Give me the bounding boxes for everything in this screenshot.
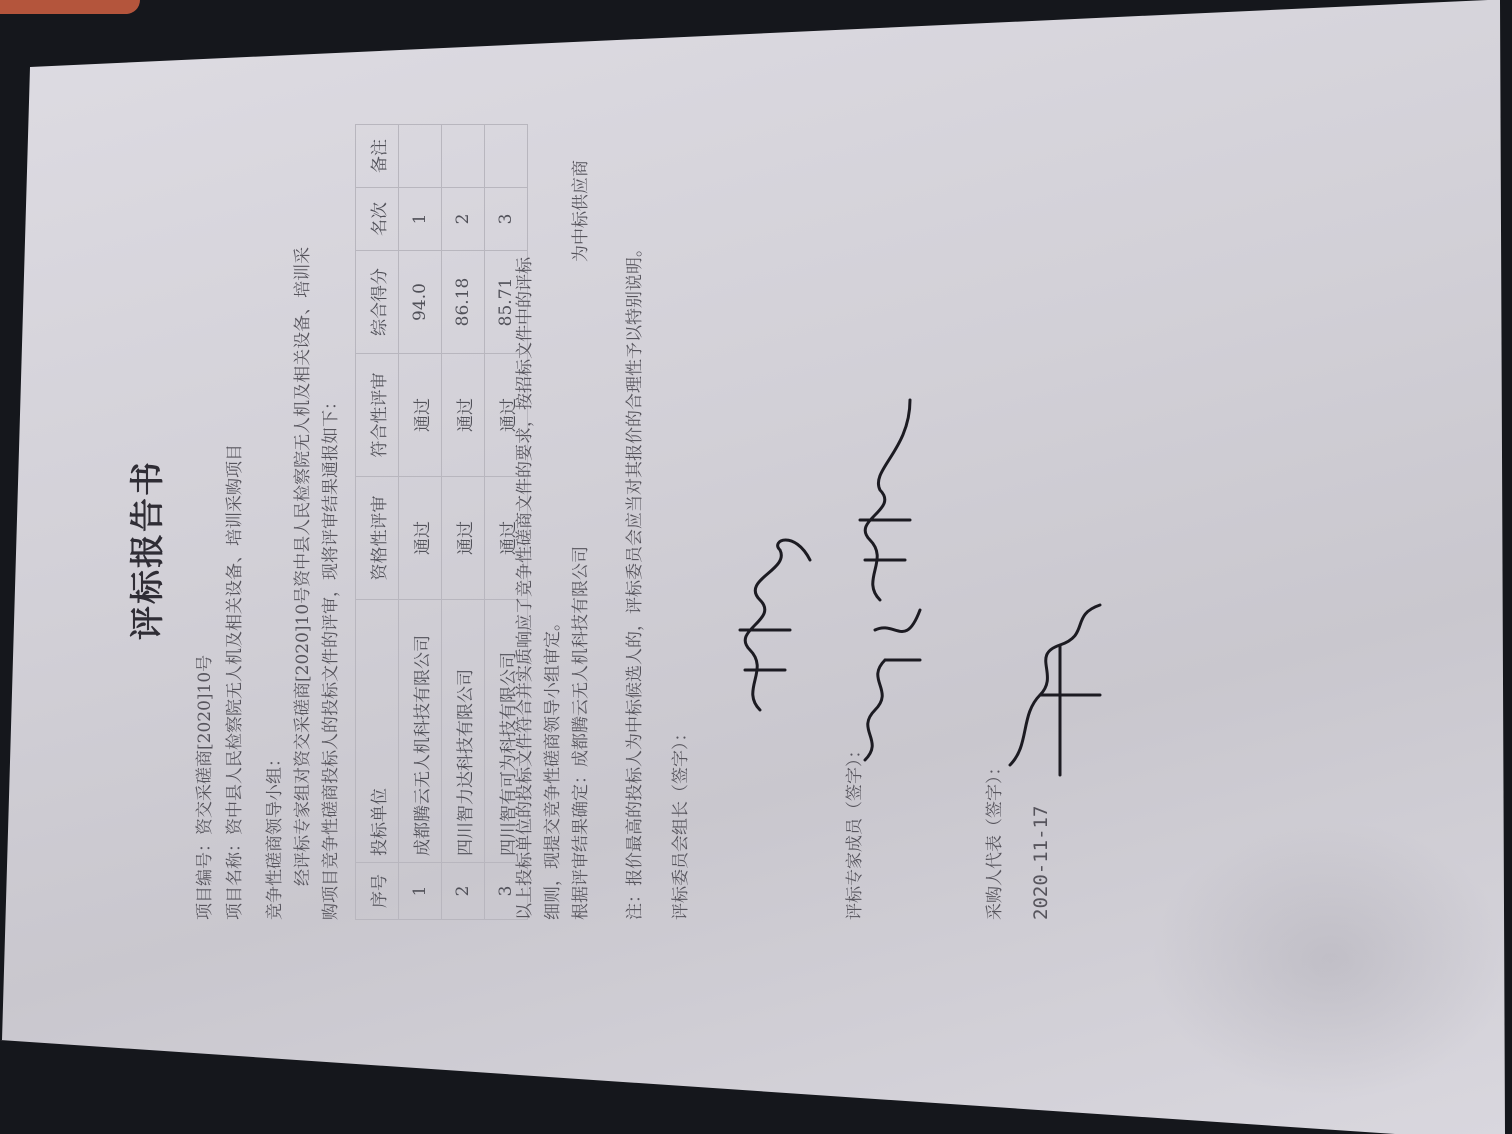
document-title: 评标报告书 bbox=[120, 120, 169, 980]
note: 注：报价最高的投标人为中标候选人的，评标委员会应当对其报价的合理性予以特别说明。 bbox=[620, 240, 645, 920]
header-seq: 序号 bbox=[356, 863, 399, 920]
project-number-label: 项目编号： bbox=[195, 835, 215, 920]
header-remark: 备注 bbox=[356, 125, 399, 188]
cell-compliance: 通过 bbox=[399, 354, 442, 477]
cell-remark bbox=[399, 125, 442, 188]
leader-signature bbox=[700, 520, 820, 720]
project-number-line: 项目编号：资交采磋商[2020]10号 bbox=[190, 655, 215, 920]
header-compliance: 符合性评审 bbox=[356, 354, 399, 477]
intro-line-2: 购项目竞争性磋商投标人的投标文件的评审，现将评审结果通报如下： bbox=[316, 393, 341, 920]
paper-shadow bbox=[1150, 820, 1510, 1100]
result-company: 成都腾云无人机科技有限公司 bbox=[571, 546, 591, 767]
result-prefix: 根据评审结果确定： bbox=[571, 767, 591, 920]
conclusion-line-2: 细则，现提交竞争性磋商领导小组审定。 bbox=[538, 614, 563, 920]
project-name-label: 项目名称： bbox=[225, 835, 245, 920]
conclusion-line-1: 以上投标单位的投标文件符合并实质响应了竞争性磋商文件的要求，按招标文件中的评标 bbox=[510, 257, 535, 920]
cell-compliance: 通过 bbox=[442, 354, 485, 477]
table-header-row: 序号 投标单位 资格性评审 符合性评审 综合得分 名次 备注 bbox=[356, 125, 399, 920]
cell-remark bbox=[442, 125, 485, 188]
table-row: 2四川智力达科技有限公司通过通过86.182 bbox=[442, 125, 485, 920]
header-bidder: 投标单位 bbox=[356, 600, 399, 863]
cell-remark bbox=[485, 125, 528, 188]
leader-signature-2 bbox=[820, 390, 930, 610]
evaluation-report-document: 评标报告书 项目编号：资交采磋商[2020]10号 项目名称：资中县人民检察院无… bbox=[100, 120, 1110, 980]
cell-qualification: 通过 bbox=[442, 477, 485, 600]
cell-rank: 1 bbox=[399, 188, 442, 251]
result-suffix: 为中标供应商 bbox=[566, 160, 591, 262]
cell-score: 86.18 bbox=[442, 251, 485, 354]
salutation: 竞争性磋商领导小组： bbox=[260, 750, 285, 920]
cell-rank: 2 bbox=[442, 188, 485, 251]
report-date: 2020-11-17 bbox=[1030, 806, 1052, 920]
result-line: 根据评审结果确定：成都腾云无人机科技有限公司为中标供应商 bbox=[566, 120, 591, 920]
cell-seq: 1 bbox=[399, 863, 442, 920]
cell-rank: 3 bbox=[485, 188, 528, 251]
cell-bidder: 成都腾云无人机科技有限公司 bbox=[399, 600, 442, 863]
cell-score: 94.0 bbox=[399, 251, 442, 354]
cell-bidder: 四川智力达科技有限公司 bbox=[442, 600, 485, 863]
project-number: 资交采磋商[2020]10号 bbox=[195, 655, 215, 835]
project-name: 资中县人民检察院无人机及相关设备、培训采购项目 bbox=[225, 444, 245, 835]
header-qualification: 资格性评审 bbox=[356, 477, 399, 600]
table-row: 1成都腾云无人机科技有限公司通过通过94.01 bbox=[399, 125, 442, 920]
cell-qualification: 通过 bbox=[399, 477, 442, 600]
header-rank: 名次 bbox=[356, 188, 399, 251]
orange-object bbox=[0, 0, 140, 14]
leader-signature-label: 评标委员会组长（签字）： bbox=[666, 725, 691, 921]
header-score: 综合得分 bbox=[356, 251, 399, 354]
purchaser-signature bbox=[1000, 585, 1120, 785]
expert-signature bbox=[845, 590, 935, 770]
project-name-line: 项目名称：资中县人民检察院无人机及相关设备、培训采购项目 bbox=[220, 444, 245, 920]
cell-seq: 2 bbox=[442, 863, 485, 920]
intro-line-1: 经评标专家组对资交采磋商[2020]10号资中县人民检察院无人机及相关设备、培训… bbox=[288, 247, 313, 886]
results-table: 序号 投标单位 资格性评审 符合性评审 综合得分 名次 备注 1成都腾云无人机科… bbox=[355, 124, 528, 920]
